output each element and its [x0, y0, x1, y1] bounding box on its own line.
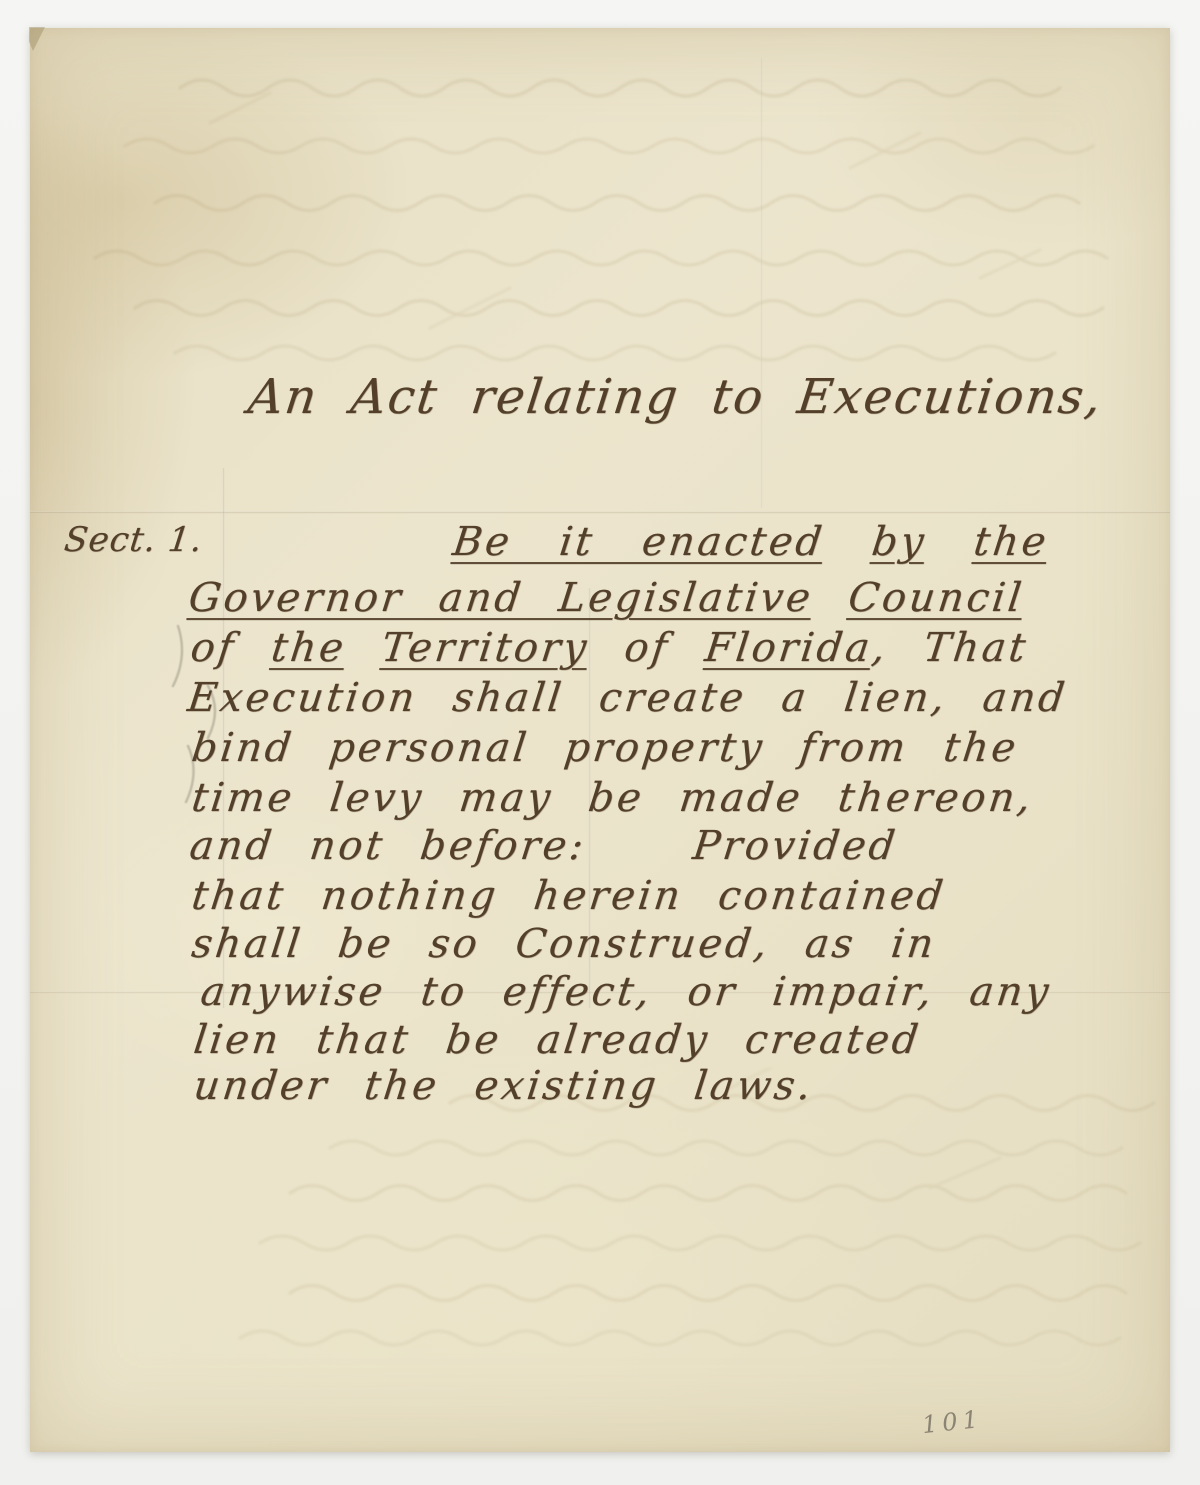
- bleedthrough-text-bottom: [30, 1068, 1170, 1388]
- underlined-text: Council: [846, 575, 1027, 621]
- word-gap: [822, 519, 875, 565]
- scanned-page-background: An Act relating to Executions, Sect. 1. …: [0, 0, 1200, 1485]
- underlined-text: Florida: [702, 625, 875, 671]
- plain-text: , That: [869, 625, 1030, 671]
- document-title: An Act relating to Executions,: [245, 368, 1106, 426]
- underlined-text: Territory: [379, 625, 592, 671]
- manuscript-line: anywise to effect, or impair, any: [198, 968, 1054, 1016]
- manuscript-line: and not before: Provided: [187, 822, 900, 870]
- manuscript-line: bind personal property from the: [189, 724, 1021, 772]
- fold-crease-vertical: [760, 58, 763, 508]
- underlined-text: the: [269, 625, 349, 671]
- bleedthrough-text-top: [30, 28, 1170, 368]
- underlined-text: by: [869, 519, 929, 565]
- manuscript-line: lien that be already created: [191, 1016, 924, 1064]
- manuscript-line-enacting-2: Governor and Legislative Council: [186, 574, 1027, 622]
- word-gap: [923, 519, 976, 565]
- underlined-text: the: [971, 519, 1051, 565]
- fold-crease-horizontal: [30, 511, 1170, 514]
- manuscript-line: Execution shall create a lien, and: [185, 674, 1070, 722]
- word-gap: [343, 625, 384, 671]
- manuscript-paper: An Act relating to Executions, Sect. 1. …: [30, 28, 1170, 1452]
- underlined-text: Be it enacted: [450, 519, 827, 565]
- section-label: Sect. 1.: [62, 520, 205, 560]
- manuscript-line-enacting-3: of the Territory of Florida, That: [188, 624, 1031, 672]
- manuscript-line: shall be so Construed, as in: [189, 920, 939, 968]
- plain-text: of: [188, 625, 274, 671]
- manuscript-line-enacting-1: Be it enacted by the: [450, 518, 1051, 566]
- manuscript-line: that nothing herein contained: [189, 872, 948, 920]
- word-gap: [810, 575, 851, 621]
- manuscript-line: time levy may be made thereon,: [189, 774, 1036, 822]
- plain-text: of: [586, 625, 708, 671]
- page-number: 101: [921, 1405, 984, 1439]
- underlined-text: Governor and Legislative: [186, 575, 816, 621]
- manuscript-line: under the existing laws.: [191, 1062, 816, 1110]
